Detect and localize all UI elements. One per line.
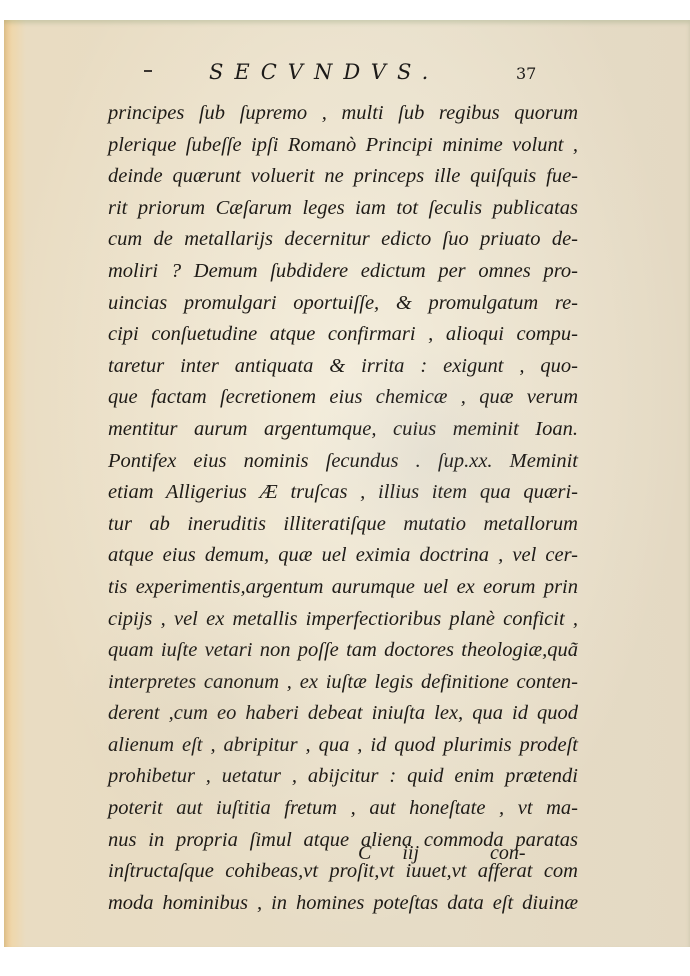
signature-number: iij <box>402 842 419 864</box>
text-line: atque eius demum, quæ uel eximia doctrin… <box>108 540 578 572</box>
text-line: alienum eſt , abripitur , qua , id quod … <box>108 730 578 762</box>
text-line: moda hominibus , in homines poteſtas dat… <box>108 888 578 920</box>
text-line: Pontifex eius nominis ſecundus . ſup.xx.… <box>108 446 578 478</box>
text-line: uincias promulgari oportuiſſe, & promulg… <box>108 288 578 320</box>
running-head-title: SECVNDVS. <box>209 60 439 84</box>
text-line: que factam ſecretionem eius chemicæ , qu… <box>108 382 578 414</box>
text-line: poterit aut iuſtitia fretum , aut honeſt… <box>108 793 578 825</box>
text-line: mentitur aurum argentumque, cuius memini… <box>108 414 578 446</box>
book-page: SECVNDVS. 37 principes ſub ſupremo , mul… <box>4 20 690 947</box>
text-line: derent ,cum eo haberi debeat iniuſta lex… <box>108 698 578 730</box>
body-text-block: principes ſub ſupremo , multi ſub regibu… <box>108 98 578 919</box>
text-line: taretur inter antiquata & irrita : exigu… <box>108 351 578 383</box>
page-footer: C iij con- <box>108 842 578 872</box>
text-line: cipi conſuetudine atque confirmari , ali… <box>108 319 578 351</box>
text-line: cipijs , vel ex metallis imperfectioribu… <box>108 604 578 636</box>
text-line: principes ſub ſupremo , multi ſub regibu… <box>108 98 578 130</box>
header-ornament-dash <box>144 70 152 72</box>
page-number: 37 <box>516 64 536 83</box>
text-line: cum de metallarijs decernitur edicto ſuo… <box>108 224 578 256</box>
text-line: prohibetur , uetatur , abijcitur : quid … <box>108 761 578 793</box>
text-line: interpretes canonum , ex iuſtæ legis def… <box>108 667 578 699</box>
signature-letter: C <box>358 842 371 864</box>
text-line: deinde quærunt voluerit ne princeps ille… <box>108 161 578 193</box>
signature-mark: C iij <box>358 842 419 865</box>
text-line: etiam Alligerius Æ truſcas , illius item… <box>108 477 578 509</box>
catchword: con- <box>490 842 526 865</box>
text-line: moliri ? Demum ſubdidere edictum per omn… <box>108 256 578 288</box>
text-line: tur ab ineruditis illiteratiſque mutatio… <box>108 509 578 541</box>
text-line: quam iuſte vetari non poſſe tam doctores… <box>108 635 578 667</box>
text-line: plerique ſubeſſe ipſi Romanò Principi mi… <box>108 130 578 162</box>
text-line: tis experimentis,argentum aurumque uel e… <box>108 572 578 604</box>
text-line: rit priorum Cæſarum leges iam tot ſeculi… <box>108 193 578 225</box>
